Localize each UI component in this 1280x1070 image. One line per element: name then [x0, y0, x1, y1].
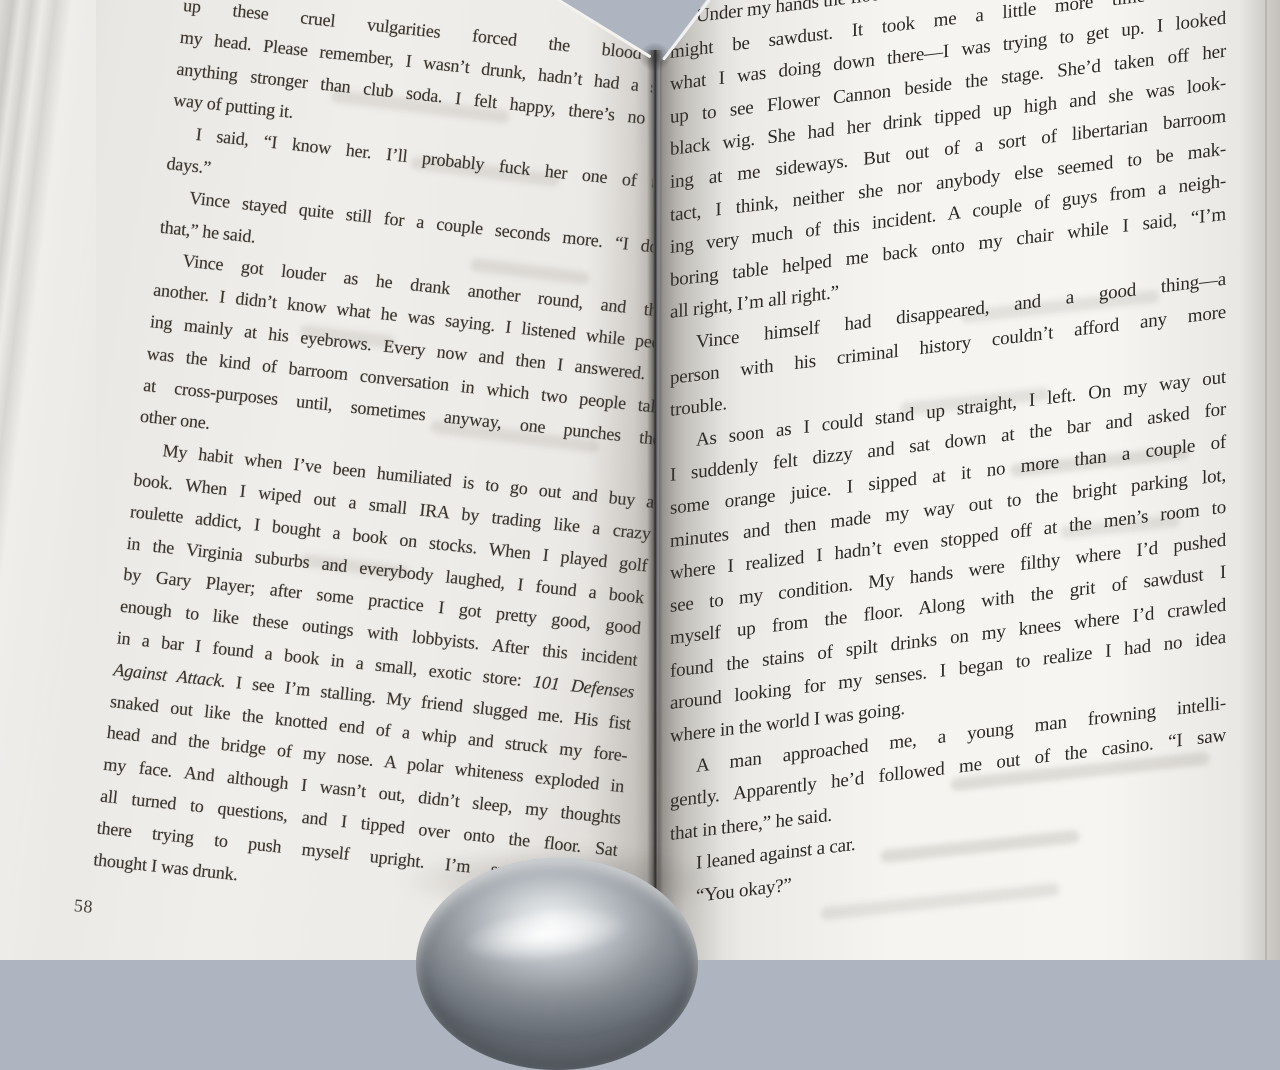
page-number: 58 — [73, 895, 94, 918]
page-edges — [0, 0, 96, 960]
right-page: Under my hands the floor felt gritty wim… — [656, 0, 1280, 960]
left-page: up these cruel vulgarities forced the bl… — [0, 0, 664, 960]
open-book: up these cruel vulgarities forced the bl… — [0, 0, 1280, 960]
right-page-text: Under my hands the floor felt gritty wim… — [670, 0, 1226, 917]
book-photo-page: { "colors": { "background": "#aeb5c1", "… — [0, 0, 1280, 960]
page-right-edge — [1240, 0, 1280, 960]
page-right-edge-line — [1265, 0, 1267, 960]
book-spine-gutter — [647, 50, 663, 960]
right-gutter-shadow — [656, 0, 722, 960]
